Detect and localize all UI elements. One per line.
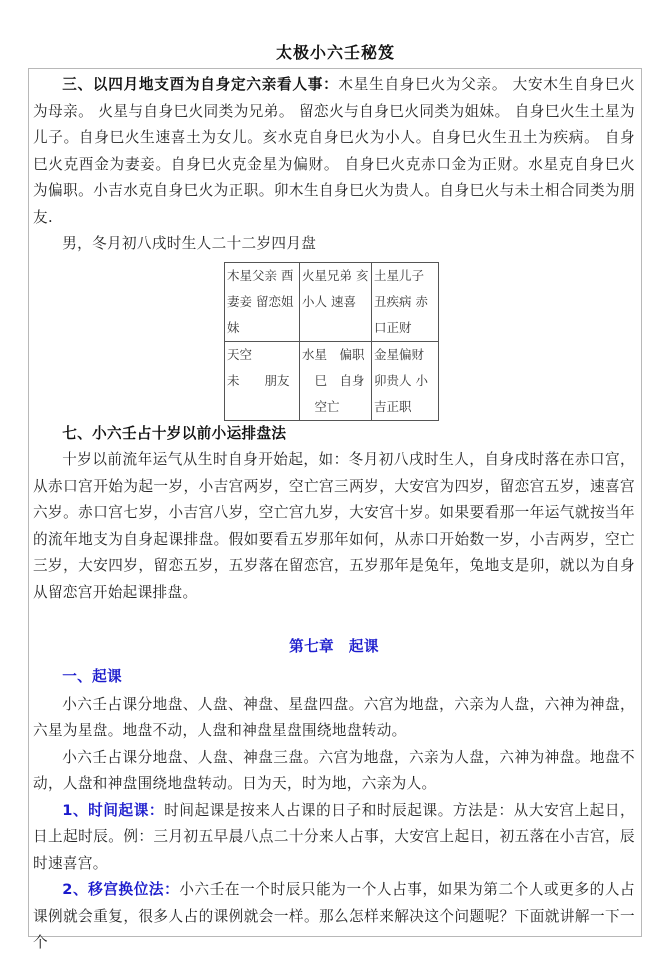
chart-row: 天空 未 朋友 水星 偏职 巳 自身 空亡 金星偏财 卯贵人 小吉正职 bbox=[225, 341, 439, 420]
section-three-paragraph: 三、以四月地支酉为自身定六亲看人事：木星生自身巳火为父亲。 大安木生自身巳火为母… bbox=[33, 72, 635, 231]
content-box: 三、以四月地支酉为自身定六亲看人事：木星生自身巳火为父亲。 大安木生自身巳火为母… bbox=[28, 68, 642, 937]
method-1-label: 1、时间起课： bbox=[62, 802, 164, 819]
chart-cell: 火星兄弟 亥小人 速喜 bbox=[300, 262, 372, 341]
chart-cell: 土星儿子 丑疾病 赤口正财 bbox=[372, 262, 439, 341]
chart-row: 木星父亲 酉妻妾 留恋姐妹 火星兄弟 亥小人 速喜 土星儿子 丑疾病 赤口正财 bbox=[225, 262, 439, 341]
chapter-paragraph-1: 小六壬占课分地盘、人盘、神盘、星盘四盘。六宫为地盘，六亲为人盘，六神为神盘，六星… bbox=[33, 692, 635, 745]
page-title: 太极小六壬秘笈 bbox=[0, 40, 671, 63]
method-2-label: 2、移宫换位法： bbox=[62, 881, 179, 898]
chart-cell: 金星偏财 卯贵人 小吉正职 bbox=[372, 341, 439, 420]
chapter-title: 第七章 起课 bbox=[33, 632, 635, 662]
section-three-body: 木星生自身巳火为父亲。 大安木生自身巳火为母亲。 火星与自身巳火同类为兄弟。 留… bbox=[33, 76, 635, 226]
chart-cell: 水星 偏职 巳 自身 空亡 bbox=[300, 341, 372, 420]
method-2-paragraph: 2、移宫换位法：小六壬在一个时辰只能为一个人占事，如果为第二个人或更多的人占课例… bbox=[33, 877, 635, 957]
example-caption: 男，冬月初八戌时生人二十二岁四月盘 bbox=[33, 231, 635, 258]
chart-table: 木星父亲 酉妻妾 留恋姐妹 火星兄弟 亥小人 速喜 土星儿子 丑疾病 赤口正财 … bbox=[224, 262, 439, 421]
section-seven-body: 十岁以前流年运气从生时自身开始起，如：冬月初八戌时生人，自身戌时落在赤口宫，从赤… bbox=[33, 447, 635, 606]
spacer bbox=[33, 606, 635, 616]
section-three-heading: 三、以四月地支酉为自身定六亲看人事： bbox=[62, 76, 338, 93]
section-seven-heading: 七、小六壬占十岁以前小运排盘法 bbox=[33, 421, 635, 448]
chapter-paragraph-2: 小六壬占课分地盘、人盘、神盘三盘。六宫为地盘，六亲为人盘，六神为神盘。地盘不动，… bbox=[33, 745, 635, 798]
method-1-paragraph: 1、时间起课：时间起课是按来人占课的日子和时辰起课。方法是：从大安宫上起日，日上… bbox=[33, 798, 635, 878]
chart-cell: 木星父亲 酉妻妾 留恋姐妹 bbox=[225, 262, 300, 341]
chapter-subheading: 一、起课 bbox=[33, 664, 635, 691]
chart-cell: 天空 未 朋友 bbox=[225, 341, 300, 420]
